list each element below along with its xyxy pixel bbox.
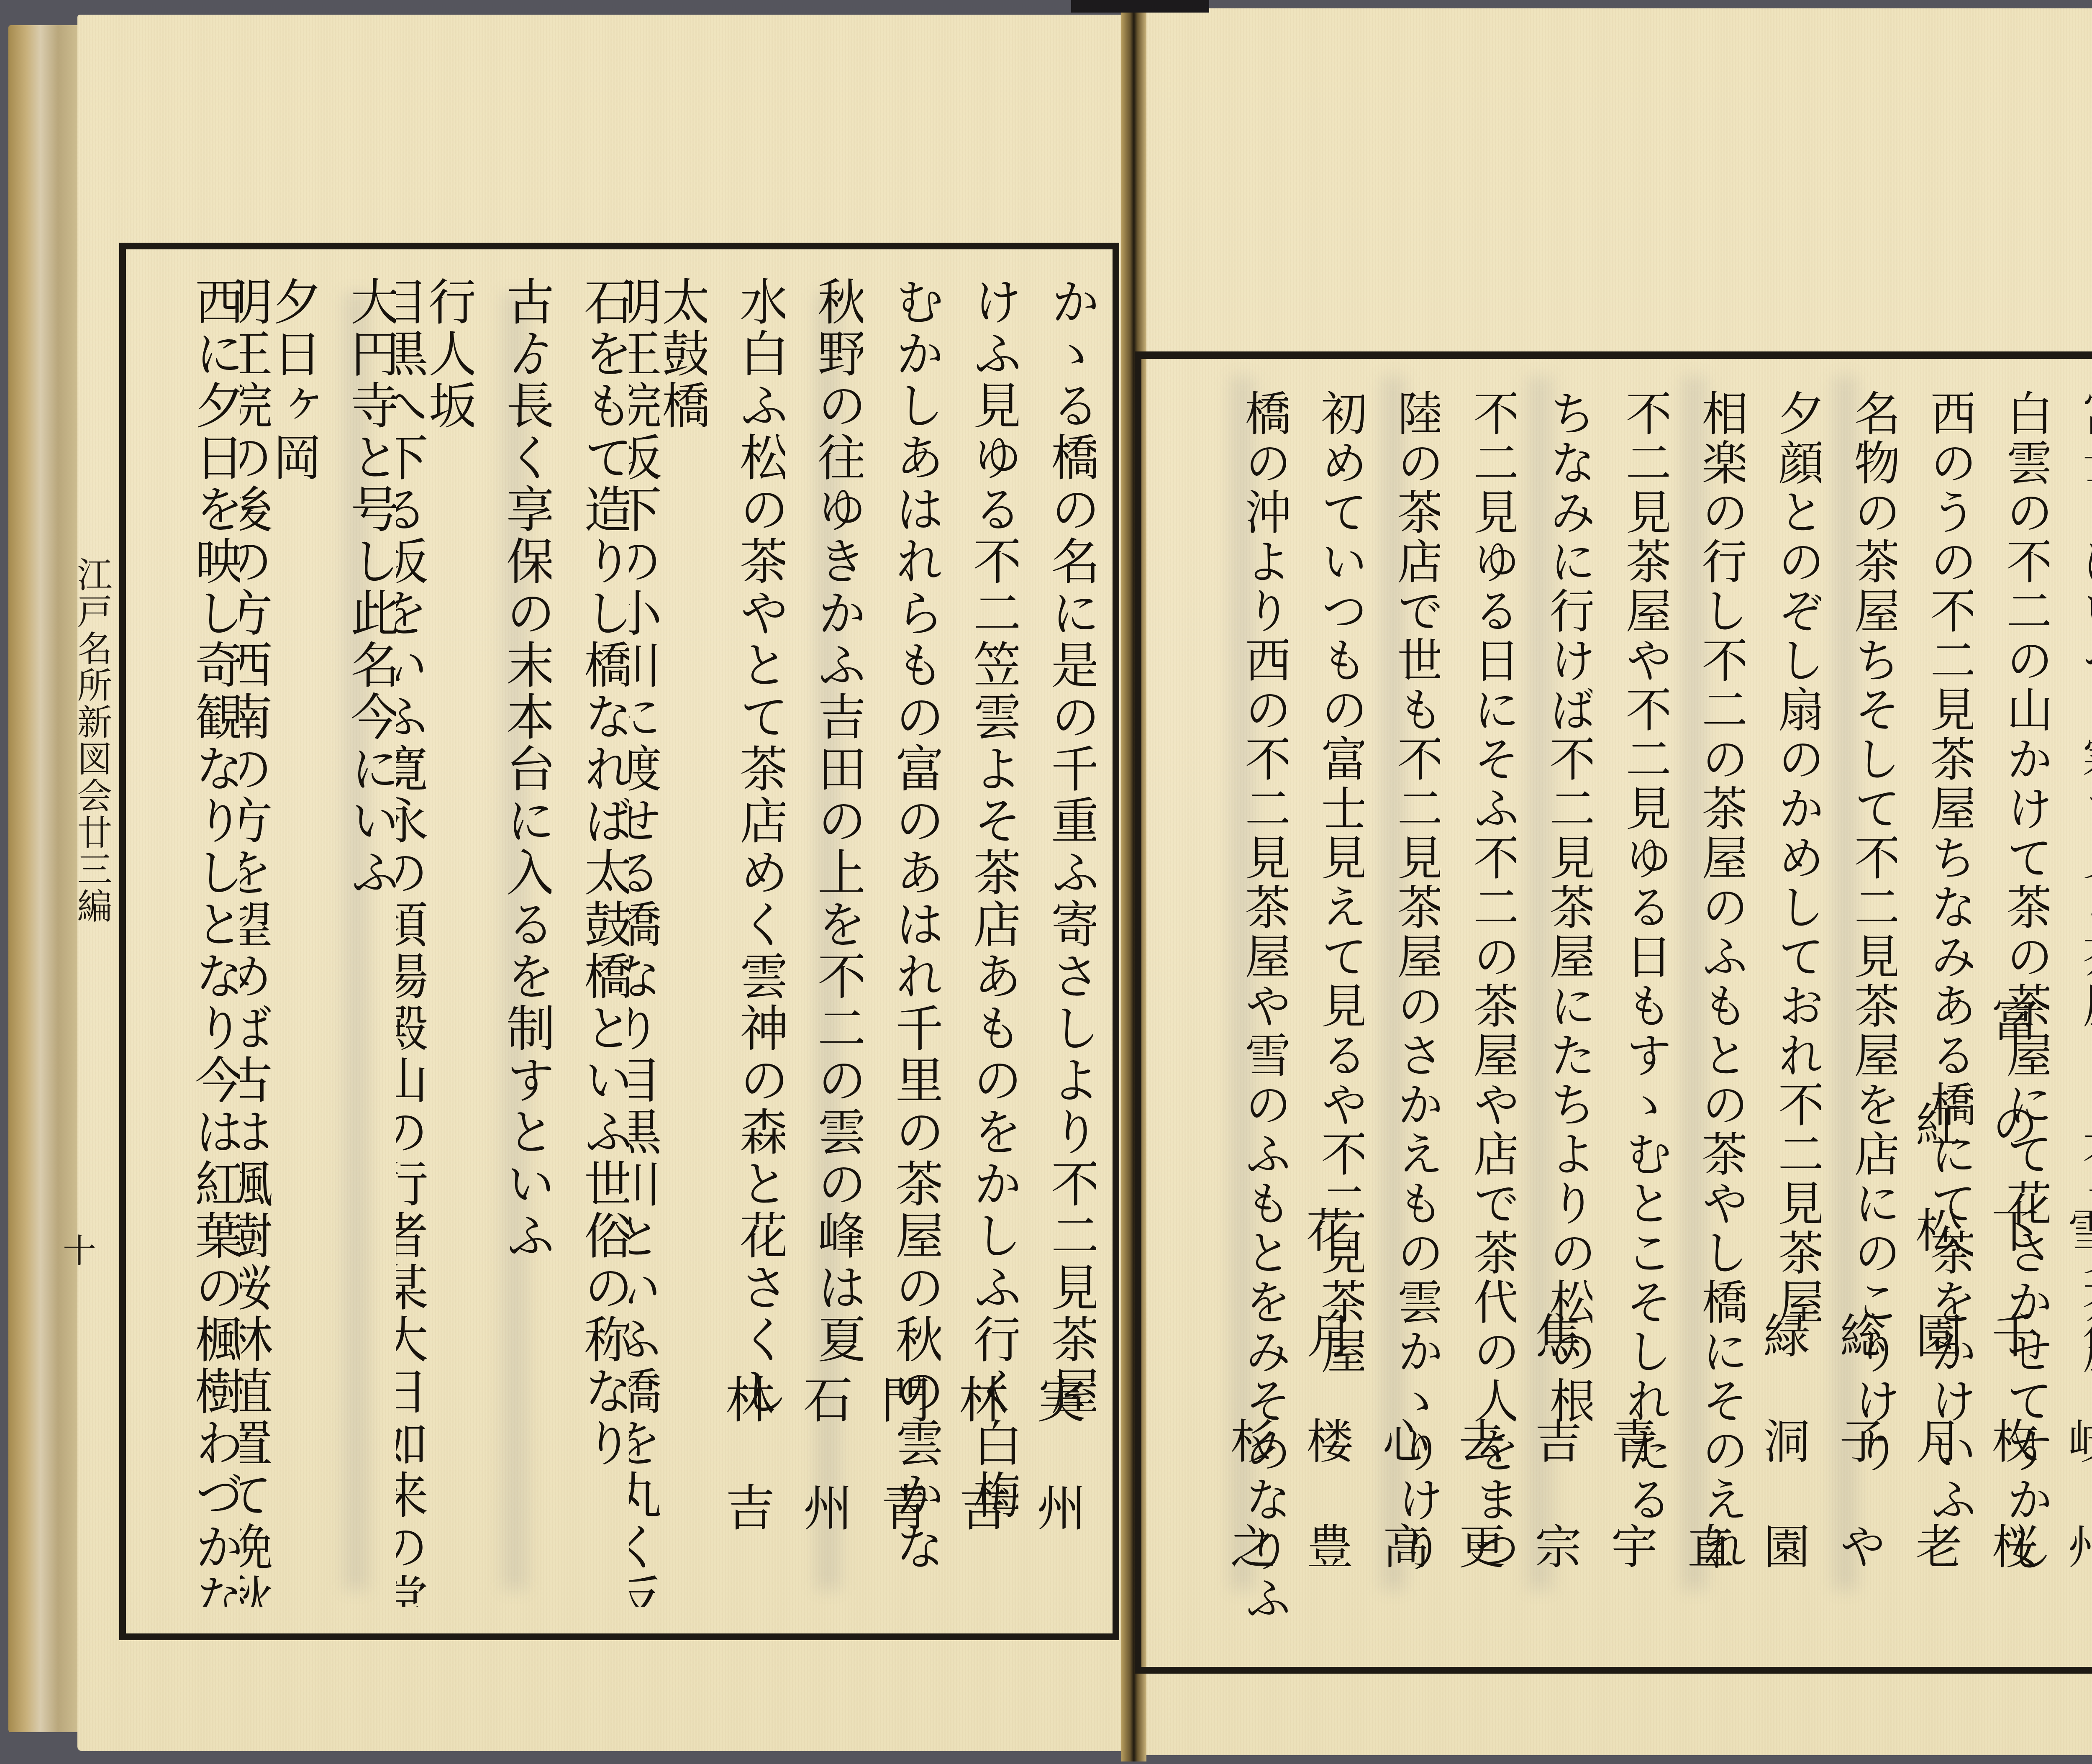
poet-name: 直: [1683, 1522, 1730, 1628]
text-column: 大円寺と号し此名今にいふ: [318, 276, 396, 1607]
text-column: 西に夕日を映し奇観なりしとなり今は紅葉の楓樹わづかなり: [162, 276, 240, 1607]
column-body-text: 古ゟ長く享保の末本台に入るを制すといふ: [502, 276, 551, 1607]
poet-name: 門青: [877, 1374, 926, 1590]
text-column: むかしあはれらもの富のあはれ千里の茶屋の秋の雲かな 門青: [863, 276, 941, 1607]
text-column: 不二見ゆる日にそふ不二の茶屋や店で茶代の人をまつ 去更: [1440, 389, 1516, 1644]
poet-name: 総子や: [1836, 1311, 1882, 1628]
text-column: 名物の茶屋ちそして不二見茶屋を店にのこりけり 総子や: [1821, 389, 1897, 1644]
column-body-text: 相楽の行し不二の茶屋のふもとの茶やし橋にそのえれ: [1698, 389, 1745, 1644]
column-body-text: 大円寺と号し此名今にいふ: [346, 276, 396, 1607]
column-body-text: 明王院の後の方西南の方を望めば古は楓樹桜林植置て晩秋の頃: [240, 276, 269, 1607]
text-column: 橋の沖より西の不二見茶屋や雪のふもとをみそめなりふ 杉之: [1212, 389, 1288, 1644]
poet-name: 石州: [799, 1374, 849, 1590]
text-column: 水白ふ松の茶やとて茶店めく雲神の森と花さくし 林吉: [707, 276, 785, 1607]
text-column: 古ゟ長く享保の末本台に入るを制すといふ: [474, 276, 551, 1607]
poet-name: 去更: [1455, 1417, 1502, 1628]
text-column: ちなみに行けば不二見茶屋にたちよりの松の根 焦吉宗: [1516, 389, 1592, 1644]
margin-book-title: 江戸名所新図会廿三編: [67, 556, 118, 925]
place-heading: 太鼓橋: [658, 276, 707, 1607]
gutter-top-shadow: [1071, 0, 1209, 13]
text-column: 西のうの不二見茶屋ちなみある橋にて茶をかけいふ 紅松園月老: [1897, 389, 1973, 1644]
column-body-text: 明王院坂下の小川に渡せる橋なり目黒川といふ橋を丸く反りたる: [629, 276, 658, 1607]
poet-name: 紅松園月老: [1912, 1100, 1959, 1628]
poet-name: 緑洞園: [1759, 1311, 1806, 1628]
text-column: 初めていつもの富士見えて見るや不二見茶屋 花月楼豊: [1288, 389, 1364, 1644]
text-column: 夕顔とのぞし扇のかめしておれ不二見茶屋 緑洞園: [1745, 389, 1821, 1644]
text-column: 夕日ヶ岡 明王院の後の方西南の方を望めば古は楓樹桜林植置て晩秋の頃: [240, 276, 318, 1607]
poet-name: 林吉: [955, 1374, 1004, 1590]
poet-name: 杉之: [1226, 1417, 1273, 1628]
text-column: 陸の茶店で世も不二見茶屋のさかえもの雲かゝりけり 心高: [1364, 389, 1440, 1644]
place-heading: 行人坂: [424, 276, 474, 1607]
text-column: 不二見茶屋や不二見ゆる日もすゝむとこそしれたる 青宇: [1592, 389, 1669, 1644]
page-nombre: 十: [63, 1224, 96, 1272]
text-column: 富士とはいへど寒さ見る茶屋より不二見茶屋 雪ヶ岐州: [2049, 389, 2092, 1644]
poet-name: 富の下千枚桜: [1988, 995, 2035, 1628]
poet-name: 雪ヶ岐州: [2064, 1206, 2092, 1628]
poet-name: 林吉: [721, 1374, 771, 1590]
column-body-text: 目黒へ下る坂をいふ寛永の頃湯殿山の行者某大日如来の堂を建立: [396, 276, 424, 1607]
right-page-text-columns: 富士とはいへど寒さ見る茶屋より不二見茶屋 雪ヶ岐州 白雲の不二の山かけて茶の茶屋…: [1167, 389, 2092, 1644]
poet-name: 実州: [1033, 1374, 1082, 1590]
place-heading: 夕日ヶ岡: [269, 276, 318, 1607]
text-column: かゝる橋の名に是の千重ふ寄さしより不二見茶屋 実州: [1018, 276, 1096, 1607]
column-body-text: 石をもて造りし橋なれば太鼓橋といふ世俗の称なり: [580, 276, 629, 1607]
left-page-text-columns: かゝる橋の名に是の千重ふ寄さしより不二見茶屋 実州 けふ見ゆる不二笠雲よそ茶店あ…: [142, 276, 1096, 1607]
poet-name: 花月楼豊: [1302, 1206, 1349, 1628]
text-column: 相楽の行し不二の茶屋のふもとの茶やし橋にそのえれ 直: [1669, 389, 1745, 1644]
poet-name: 青宇: [1607, 1417, 1654, 1628]
column-body-text: 西に夕日を映し奇観なりしとなり今は紅葉の楓樹わづかなり: [191, 276, 240, 1607]
text-column: 石をもて造りし橋なれば太鼓橋といふ世俗の称なり: [551, 276, 629, 1607]
text-column: 白雲の不二の山かけて茶の茶屋にて花さかせてすかし 富の下千枚桜: [1973, 389, 2049, 1644]
text-column: 秋野の往ゆきかふ吉田の上を不二の雲の峰は夏 石州: [785, 276, 863, 1607]
text-column: けふ見ゆる不二笠雲よそ茶店あものをかしふ行く白梅 林吉: [941, 276, 1018, 1607]
poet-name: 焦吉宗: [1531, 1311, 1578, 1628]
poet-name: 心高: [1379, 1417, 1425, 1628]
text-column: 太鼓橋 明王院坂下の小川に渡せる橋なり目黒川といふ橋を丸く反りたる: [629, 276, 707, 1607]
text-column: 行人坂 目黒へ下る坂をいふ寛永の頃湯殿山の行者某大日如来の堂を建立: [396, 276, 474, 1607]
